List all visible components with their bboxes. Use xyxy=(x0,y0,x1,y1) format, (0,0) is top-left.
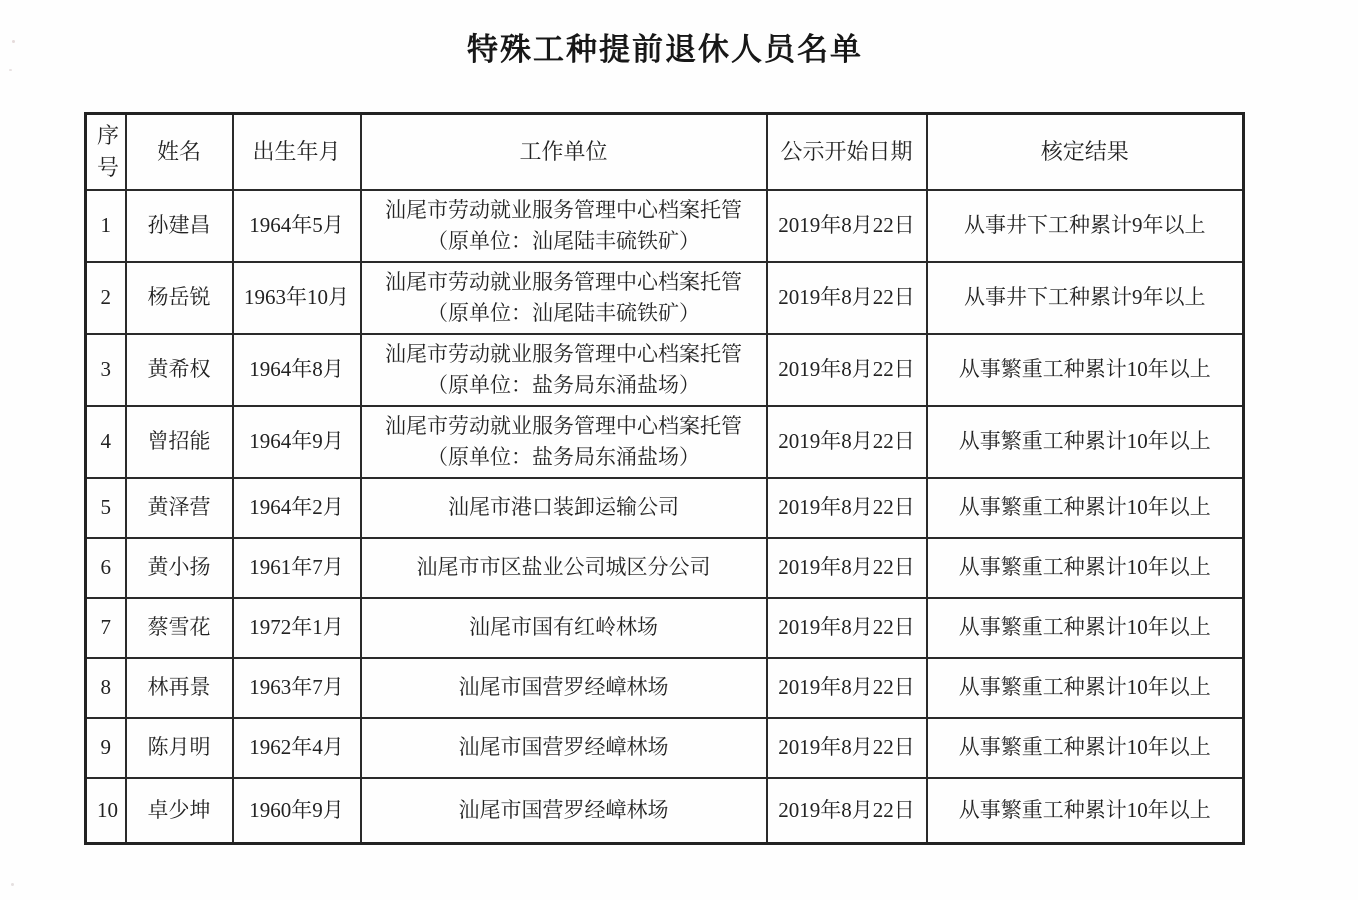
cell-name: 林再景 xyxy=(126,658,233,718)
table-row: 5 黄泽营 1964年2月 汕尾市港口装卸运输公司 2019年8月22日 从事繁… xyxy=(86,478,1244,538)
cell-result: 从事井下工种累计9年以上 xyxy=(927,262,1244,334)
cell-publicity-date: 2019年8月22日 xyxy=(767,538,927,598)
table-row: 7 蔡雪花 1972年1月 汕尾市国有红岭林场 2019年8月22日 从事繁重工… xyxy=(86,598,1244,658)
cell-serial: 1 xyxy=(86,190,126,262)
table-header-row: 序号 姓名 出生年月 工作单位 公示开始日期 核定结果 xyxy=(86,114,1244,190)
cell-birthdate: 1964年9月 xyxy=(233,406,361,478)
cell-birthdate: 1963年10月 xyxy=(233,262,361,334)
cell-result: 从事繁重工种累计10年以上 xyxy=(927,334,1244,406)
cell-work-unit: 汕尾市劳动就业服务管理中心档案托管（原单位：盐务局东涌盐场） xyxy=(361,334,767,406)
cell-serial: 9 xyxy=(86,718,126,778)
cell-name: 卓少坤 xyxy=(126,778,233,844)
cell-publicity-date: 2019年8月22日 xyxy=(767,778,927,844)
cell-publicity-date: 2019年8月22日 xyxy=(767,478,927,538)
cell-birthdate: 1964年5月 xyxy=(233,190,361,262)
cell-work-unit: 汕尾市劳动就业服务管理中心档案托管（原单位：汕尾陆丰硫铁矿） xyxy=(361,190,767,262)
cell-serial: 5 xyxy=(86,478,126,538)
cell-work-unit: 汕尾市劳动就业服务管理中心档案托管（原单位：盐务局东涌盐场） xyxy=(361,406,767,478)
col-header-name: 姓名 xyxy=(126,114,233,190)
cell-work-unit: 汕尾市劳动就业服务管理中心档案托管（原单位：汕尾陆丰硫铁矿） xyxy=(361,262,767,334)
cell-serial: 8 xyxy=(86,658,126,718)
cell-publicity-date: 2019年8月22日 xyxy=(767,658,927,718)
scan-artifact xyxy=(11,883,14,886)
col-header-work-unit: 工作单位 xyxy=(361,114,767,190)
cell-birthdate: 1964年8月 xyxy=(233,334,361,406)
cell-serial: 3 xyxy=(86,334,126,406)
table-row: 2 杨岳锐 1963年10月 汕尾市劳动就业服务管理中心档案托管（原单位：汕尾陆… xyxy=(86,262,1244,334)
cell-work-unit: 汕尾市国营罗经嶂林场 xyxy=(361,658,767,718)
cell-publicity-date: 2019年8月22日 xyxy=(767,334,927,406)
table-row: 6 黄小扬 1961年7月 汕尾市市区盐业公司城区分公司 2019年8月22日 … xyxy=(86,538,1244,598)
cell-serial: 7 xyxy=(86,598,126,658)
cell-publicity-date: 2019年8月22日 xyxy=(767,406,927,478)
cell-work-unit: 汕尾市国有红岭林场 xyxy=(361,598,767,658)
cell-work-unit: 汕尾市国营罗经嶂林场 xyxy=(361,718,767,778)
cell-serial: 4 xyxy=(86,406,126,478)
cell-name: 孙建昌 xyxy=(126,190,233,262)
cell-name: 曾招能 xyxy=(126,406,233,478)
cell-birthdate: 1961年7月 xyxy=(233,538,361,598)
cell-result: 从事繁重工种累计10年以上 xyxy=(927,406,1244,478)
table-row: 4 曾招能 1964年9月 汕尾市劳动就业服务管理中心档案托管（原单位：盐务局东… xyxy=(86,406,1244,478)
cell-name: 陈月明 xyxy=(126,718,233,778)
cell-name: 黄小扬 xyxy=(126,538,233,598)
col-header-publicity-start-date: 公示开始日期 xyxy=(767,114,927,190)
cell-name: 蔡雪花 xyxy=(126,598,233,658)
cell-result: 从事繁重工种累计10年以上 xyxy=(927,718,1244,778)
cell-name: 杨岳锐 xyxy=(126,262,233,334)
col-header-verification-result: 核定结果 xyxy=(927,114,1244,190)
col-header-serial: 序号 xyxy=(86,114,126,190)
cell-work-unit: 汕尾市国营罗经嶂林场 xyxy=(361,778,767,844)
cell-serial: 2 xyxy=(86,262,126,334)
table-row: 8 林再景 1963年7月 汕尾市国营罗经嶂林场 2019年8月22日 从事繁重… xyxy=(86,658,1244,718)
cell-result: 从事繁重工种累计10年以上 xyxy=(927,538,1244,598)
retirement-roster-table: 序号 姓名 出生年月 工作单位 公示开始日期 核定结果 1 孙建昌 1964年5… xyxy=(84,112,1245,845)
cell-serial: 6 xyxy=(86,538,126,598)
cell-serial: 10 xyxy=(86,778,126,844)
cell-result: 从事繁重工种累计10年以上 xyxy=(927,658,1244,718)
table-row: 10 卓少坤 1960年9月 汕尾市国营罗经嶂林场 2019年8月22日 从事繁… xyxy=(86,778,1244,844)
cell-publicity-date: 2019年8月22日 xyxy=(767,190,927,262)
cell-result: 从事繁重工种累计10年以上 xyxy=(927,478,1244,538)
cell-work-unit: 汕尾市市区盐业公司城区分公司 xyxy=(361,538,767,598)
cell-birthdate: 1964年2月 xyxy=(233,478,361,538)
table-row: 1 孙建昌 1964年5月 汕尾市劳动就业服务管理中心档案托管（原单位：汕尾陆丰… xyxy=(86,190,1244,262)
cell-birthdate: 1960年9月 xyxy=(233,778,361,844)
cell-name: 黄希权 xyxy=(126,334,233,406)
cell-publicity-date: 2019年8月22日 xyxy=(767,598,927,658)
cell-name: 黄泽营 xyxy=(126,478,233,538)
cell-publicity-date: 2019年8月22日 xyxy=(767,718,927,778)
table-row: 3 黄希权 1964年8月 汕尾市劳动就业服务管理中心档案托管（原单位：盐务局东… xyxy=(86,334,1244,406)
cell-birthdate: 1962年4月 xyxy=(233,718,361,778)
cell-work-unit: 汕尾市港口装卸运输公司 xyxy=(361,478,767,538)
table-row: 9 陈月明 1962年4月 汕尾市国营罗经嶂林场 2019年8月22日 从事繁重… xyxy=(86,718,1244,778)
cell-publicity-date: 2019年8月22日 xyxy=(767,262,927,334)
col-header-birthdate: 出生年月 xyxy=(233,114,361,190)
cell-result: 从事繁重工种累计10年以上 xyxy=(927,598,1244,658)
cell-birthdate: 1963年7月 xyxy=(233,658,361,718)
scan-artifact xyxy=(9,69,12,71)
cell-birthdate: 1972年1月 xyxy=(233,598,361,658)
cell-result: 从事繁重工种累计10年以上 xyxy=(927,778,1244,844)
document-page: 特殊工种提前退休人员名单 序号 姓名 出生年月 工作单位 公示开始日期 核定结果… xyxy=(0,0,1358,900)
cell-result: 从事井下工种累计9年以上 xyxy=(927,190,1244,262)
page-title: 特殊工种提前退休人员名单 xyxy=(0,24,1330,69)
